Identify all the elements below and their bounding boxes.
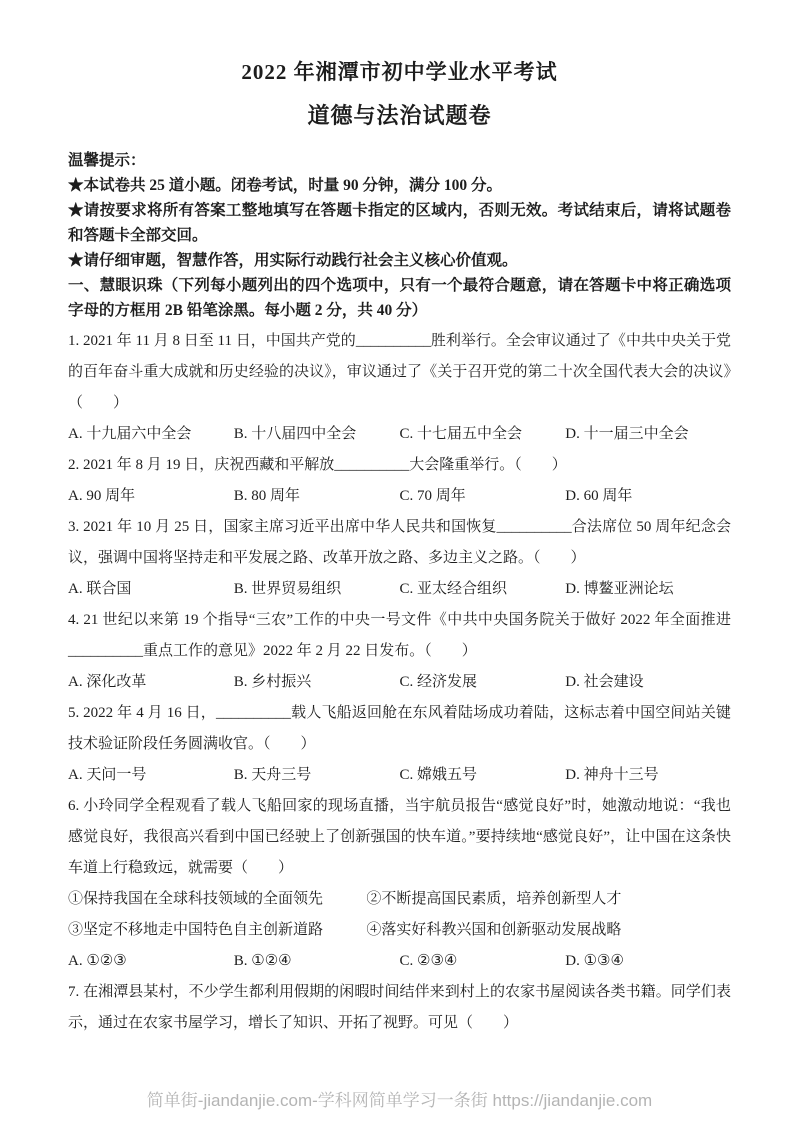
notice-item-3: ★请仔细审题，智慧作答，用实际行动践行社会主义核心价值观。 <box>68 248 731 273</box>
question-list: 1. 2021 年 11 月 8 日至 11 日，中国共产党的_________… <box>68 326 731 1039</box>
question-6-statement-1: ①保持我国在全球科技领域的全面领先 <box>68 884 366 915</box>
question-6: 6. 小玲同学全程观看了载人飞船回家的现场直播，当宇航员报告“感觉良好”时，她激… <box>68 791 731 977</box>
question-1-options: A. 十九届六中全会 B. 十八届四中全会 C. 十七届五中全会 D. 十一届三… <box>68 419 731 450</box>
question-6-option-b: B. ①②④ <box>234 946 400 977</box>
question-4-option-b: B. 乡村振兴 <box>234 667 400 698</box>
question-1-option-d: D. 十一届三中全会 <box>565 419 731 450</box>
question-4-stem: 4. 21 世纪以来第 19 个指导“三农”工作的中央一号文件《中共中央国务院关… <box>68 605 731 667</box>
question-3-options: A. 联合国 B. 世界贸易组织 C. 亚太经合组织 D. 博鳌亚洲论坛 <box>68 574 731 605</box>
question-6-option-a: A. ①②③ <box>68 946 234 977</box>
question-6-statement-4: ④落实好科教兴国和创新驱动发展战略 <box>366 915 731 946</box>
question-6-statement-2: ②不断提高国民素质，培养创新型人才 <box>366 884 731 915</box>
question-4-option-d: D. 社会建设 <box>565 667 731 698</box>
exam-title: 2022 年湘潭市初中学业水平考试 <box>68 58 731 86</box>
watermark-text: 简单街-jiandanjie.com-学科网简单学习一条街 https://ji… <box>147 1091 652 1110</box>
section-heading: 一、慧眼识珠（下列每小题列出的四个选项中，只有一个最符合题意，请在答题卡中将正确… <box>68 273 731 323</box>
question-1-option-a: A. 十九届六中全会 <box>68 419 234 450</box>
question-3-option-c: C. 亚太经合组织 <box>400 574 566 605</box>
question-1-option-b: B. 十八届四中全会 <box>234 419 400 450</box>
question-2: 2. 2021 年 8 月 19 日，庆祝西藏和平解放__________大会隆… <box>68 450 731 512</box>
question-4: 4. 21 世纪以来第 19 个指导“三农”工作的中央一号文件《中共中央国务院关… <box>68 605 731 698</box>
question-5-option-a: A. 天问一号 <box>68 760 234 791</box>
question-4-option-c: C. 经济发展 <box>400 667 566 698</box>
watermark-footer: 简单街-jiandanjie.com-学科网简单学习一条街 https://ji… <box>68 1089 731 1113</box>
question-3-option-b: B. 世界贸易组织 <box>234 574 400 605</box>
question-4-option-a: A. 深化改革 <box>68 667 234 698</box>
question-3-option-d: D. 博鳌亚洲论坛 <box>565 574 731 605</box>
notice-item-2: ★请按要求将所有答案工整地填写在答题卡指定的区域内，否则无效。考试结束后，请将试… <box>68 198 731 248</box>
question-5-option-d: D. 神舟十三号 <box>565 760 731 791</box>
question-6-stem: 6. 小玲同学全程观看了载人飞船回家的现场直播，当宇航员报告“感觉良好”时，她激… <box>68 791 731 884</box>
question-6-statement-3: ③坚定不移地走中国特色自主创新道路 <box>68 915 366 946</box>
question-3-option-a: A. 联合国 <box>68 574 234 605</box>
question-2-option-b: B. 80 周年 <box>234 481 400 512</box>
question-3-stem: 3. 2021 年 10 月 25 日，国家主席习近平出席中华人民共和国恢复__… <box>68 512 731 574</box>
question-2-option-d: D. 60 周年 <box>565 481 731 512</box>
question-1-option-c: C. 十七届五中全会 <box>400 419 566 450</box>
question-2-options: A. 90 周年 B. 80 周年 C. 70 周年 D. 60 周年 <box>68 481 731 512</box>
question-5-options: A. 天问一号 B. 天舟三号 C. 嫦娥五号 D. 神舟十三号 <box>68 760 731 791</box>
question-6-option-d: D. ①③④ <box>565 946 731 977</box>
question-2-option-a: A. 90 周年 <box>68 481 234 512</box>
exam-subtitle: 道德与法治试题卷 <box>68 101 731 131</box>
notice-heading: 温馨提示： <box>68 148 731 173</box>
question-6-option-c: C. ②③④ <box>400 946 566 977</box>
question-5-stem: 5. 2022 年 4 月 16 日，__________载人飞船返回舱在东风着… <box>68 698 731 760</box>
question-5-option-c: C. 嫦娥五号 <box>400 760 566 791</box>
question-2-stem: 2. 2021 年 8 月 19 日，庆祝西藏和平解放__________大会隆… <box>68 450 731 481</box>
question-3: 3. 2021 年 10 月 25 日，国家主席习近平出席中华人民共和国恢复__… <box>68 512 731 605</box>
question-4-options: A. 深化改革 B. 乡村振兴 C. 经济发展 D. 社会建设 <box>68 667 731 698</box>
question-2-option-c: C. 70 周年 <box>400 481 566 512</box>
question-7: 7. 在湘潭县某村，不少学生都利用假期的闲暇时间结伴来到村上的农家书屋阅读各类书… <box>68 977 731 1039</box>
question-1: 1. 2021 年 11 月 8 日至 11 日，中国共产党的_________… <box>68 326 731 450</box>
notice-item-1: ★本试卷共 25 道小题。闭卷考试，时量 90 分钟，满分 100 分。 <box>68 173 731 198</box>
exam-paper-page: 2022 年湘潭市初中学业水平考试 道德与法治试题卷 温馨提示： ★本试卷共 2… <box>0 0 793 1122</box>
question-5: 5. 2022 年 4 月 16 日，__________载人飞船返回舱在东风着… <box>68 698 731 791</box>
question-1-stem: 1. 2021 年 11 月 8 日至 11 日，中国共产党的_________… <box>68 326 731 419</box>
notice-block: 温馨提示： ★本试卷共 25 道小题。闭卷考试，时量 90 分钟，满分 100 … <box>68 148 731 323</box>
question-5-option-b: B. 天舟三号 <box>234 760 400 791</box>
question-7-stem: 7. 在湘潭县某村，不少学生都利用假期的闲暇时间结伴来到村上的农家书屋阅读各类书… <box>68 977 731 1039</box>
question-6-statements: ①保持我国在全球科技领域的全面领先 ②不断提高国民素质，培养创新型人才 ③坚定不… <box>68 884 731 946</box>
question-6-options: A. ①②③ B. ①②④ C. ②③④ D. ①③④ <box>68 946 731 977</box>
